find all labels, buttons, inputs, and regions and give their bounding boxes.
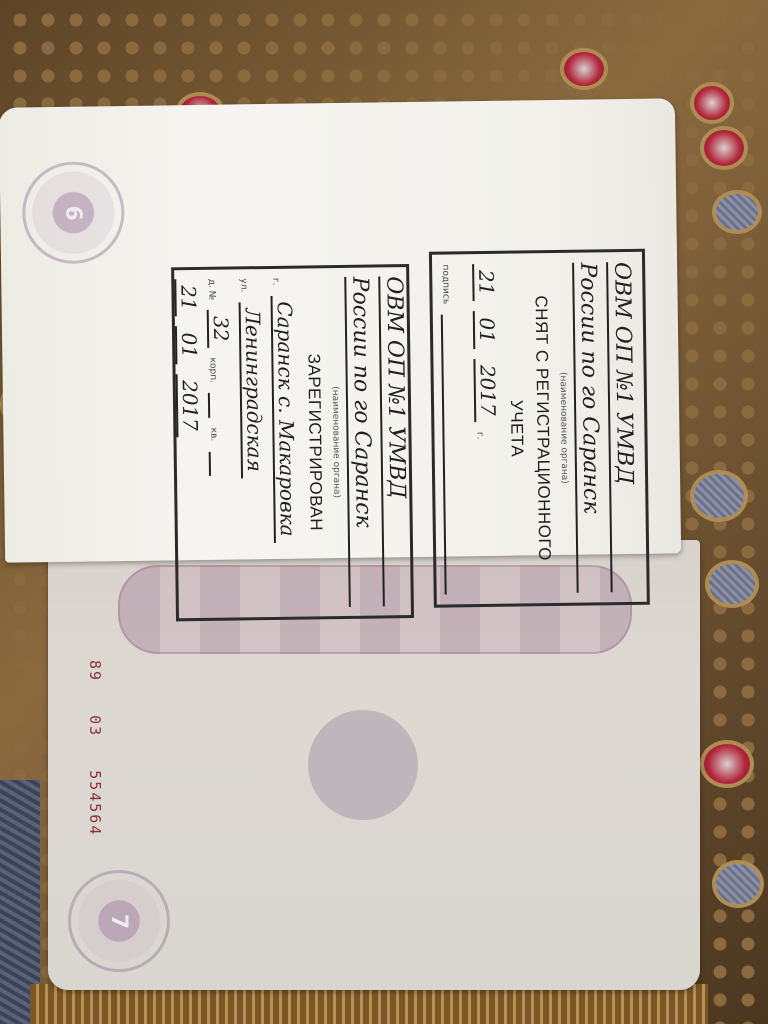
stamp-authority-caption: (наименование органа) [556, 263, 571, 593]
background-pattern-hole [560, 48, 608, 90]
background-pattern-hole [705, 560, 759, 608]
year-suffix: г. [474, 432, 484, 440]
watermark [308, 710, 418, 820]
stamp-authority-line-1: ОВМ ОП №1 УМВД [606, 262, 639, 592]
deregistration-stamp: ОВМ ОП №1 УМВД России по го Саранск (наи… [429, 249, 650, 608]
date-year: 2017 [176, 374, 203, 437]
serial-series-1: 89 [86, 660, 104, 682]
date-month: 01 [175, 326, 202, 364]
background-pattern-hole [690, 82, 734, 124]
house-label: д. № [206, 279, 216, 300]
street: Ленинградская [239, 302, 267, 478]
stamp-title-line-1: СНЯТ С РЕГИСТРАЦИОННОГО [530, 263, 555, 593]
apartment-label: кв. [208, 428, 218, 442]
background-pattern-hole [712, 190, 762, 234]
background-pattern-hole [712, 860, 764, 908]
date-year: 2017 [473, 359, 500, 422]
stamp-authority-caption: (наименование органа) [328, 277, 343, 607]
passport-page-top: 6 ОВМ ОП №1 УМВД России по го Саранск (н… [0, 98, 681, 562]
stamp-date-row: 21 01 2017 [174, 279, 205, 609]
date-day: 21 [472, 264, 499, 302]
stamp-authority-line-1: ОВМ ОП №1 УМВД [378, 276, 411, 606]
house: 32 [207, 310, 234, 348]
background-pattern-hole [700, 740, 754, 788]
date-day: 21 [174, 279, 201, 317]
page-number: 7 [107, 913, 132, 928]
building-label: корп. [207, 357, 217, 383]
serial-number: 554564 [86, 770, 104, 836]
page-number-ornament: 6 [22, 161, 125, 264]
passport-cover-edge [30, 984, 708, 1024]
stamp-title-line-2: УЧЕТА [504, 263, 529, 593]
registration-stamp: ОВМ ОП №1 УМВД России по го Саранск (наи… [171, 264, 414, 621]
signature-label: подпись [440, 264, 451, 304]
street-label: ул. [238, 278, 248, 292]
serial-series-2: 03 [86, 715, 104, 737]
background-pattern-hole [700, 126, 748, 170]
stamp-date-row: 21 01 2017 г. [472, 264, 503, 594]
stamp-authority-line-2: России по го Саранск [344, 277, 377, 607]
city-prefix: г. [270, 278, 280, 286]
page-number-ornament: 7 [68, 870, 170, 972]
city: Саранск с. Макаровка [271, 295, 300, 543]
date-month: 01 [473, 311, 500, 349]
background-pattern-hole [690, 470, 748, 522]
stamp-authority-line-2: России по го Саранск [572, 262, 605, 592]
page-number: 6 [61, 205, 86, 221]
stamp-title: ЗАРЕГИСТРИРОВАН [302, 277, 327, 607]
passport-serial-number: 89 03 554564 [86, 660, 104, 858]
